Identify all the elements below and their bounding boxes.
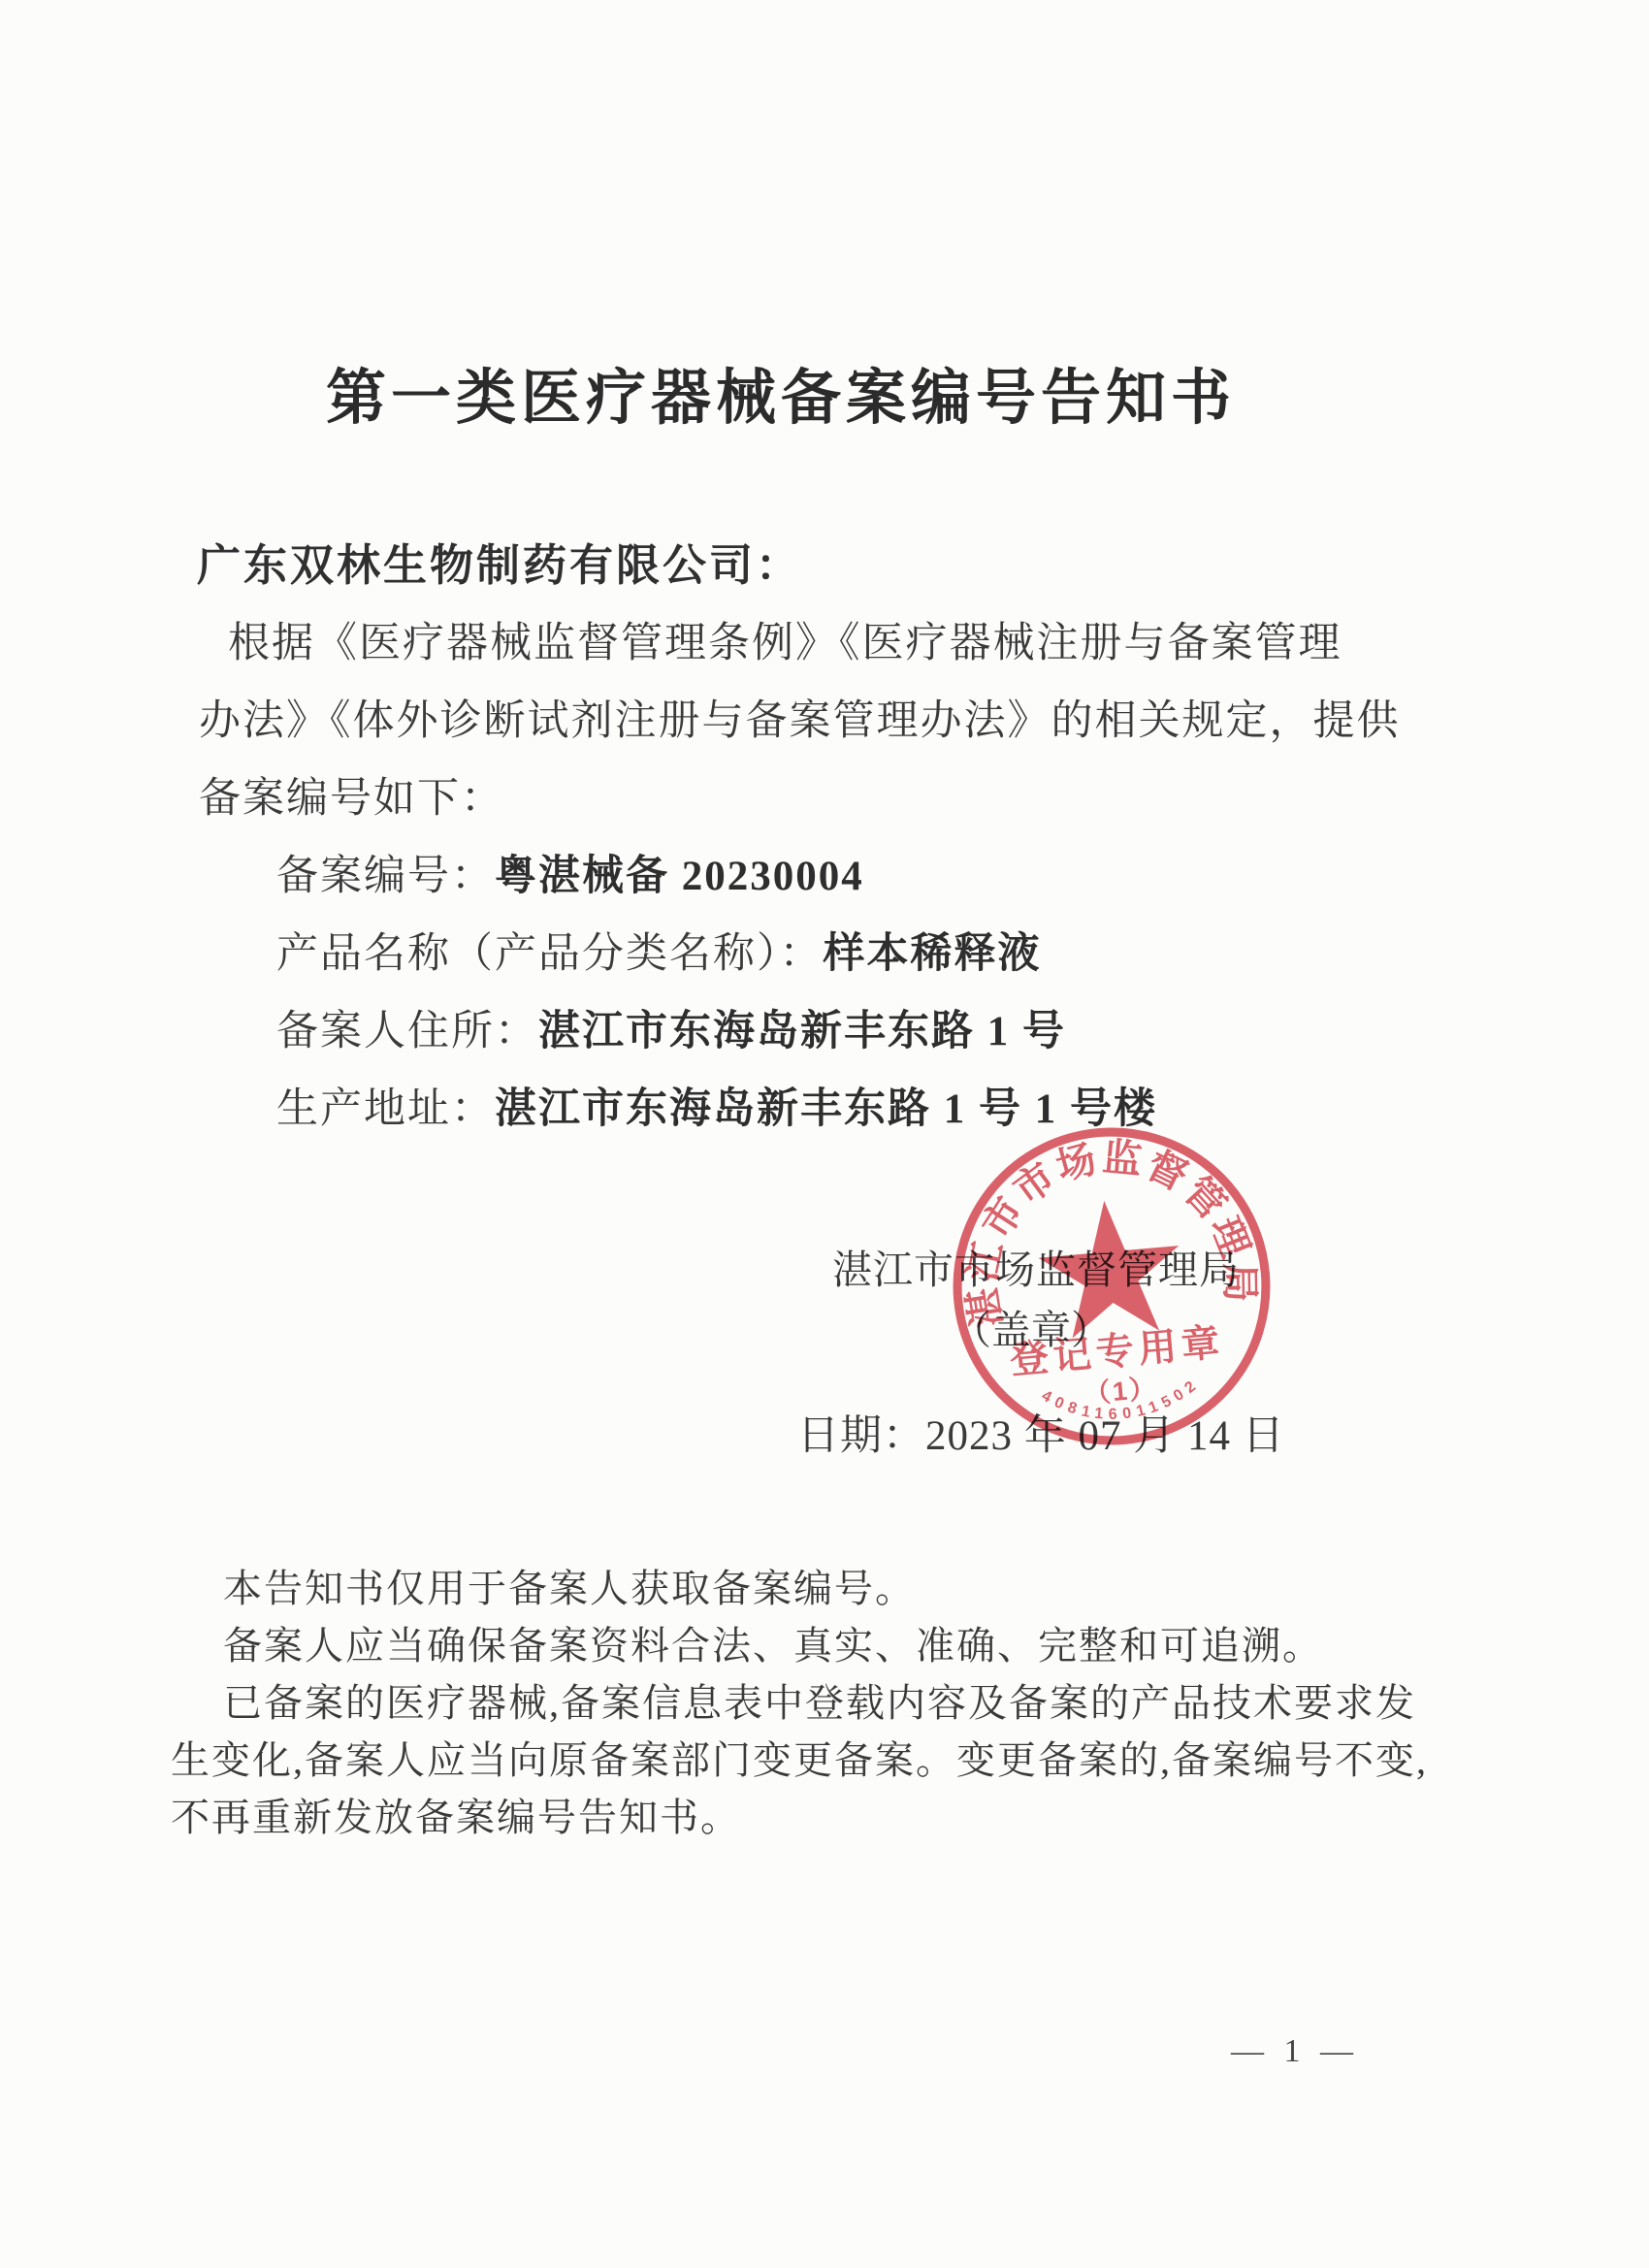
note-line: 已备案的医疗器械,备案信息表中登载内容及备案的产品技术要求发 [171, 1674, 1461, 1732]
body-paragraph: 根据《医疗器械监督管理条例》《医疗器械注册与备案管理 办法》《体外诊断试剂注册与… [199, 605, 1450, 1149]
document-page: 第一类医疗器械备案编号告知书 广东双林生物制药有限公司： 根据《医疗器械监督管理… [0, 0, 1649, 2268]
field-row-filing-number: 备案编号：粤湛械备 20230004 [199, 838, 1450, 916]
note-line: 不再重新发放备案编号告知书。 [171, 1789, 1461, 1846]
field-label: 备案人住所： [276, 1009, 538, 1054]
page-number: — 1 — [1198, 2033, 1392, 2070]
field-value: 粤湛械备 20230004 [495, 854, 864, 899]
notes-paragraph: 本告知书仅用于备案人获取备案编号。 备案人应当确保备案资料合法、真实、准确、完整… [171, 1560, 1461, 1846]
field-value: 湛江市东海岛新丰东路 1 号 [538, 1009, 1066, 1054]
body-line: 办法》《体外诊断试剂注册与备案管理办法》的相关规定，提供 [199, 683, 1450, 761]
official-seal-stamp-icon: 湛江市市场监督管理局 登记专用章 （1） 408116011502 [932, 1107, 1292, 1467]
field-row-registrant-address: 备案人住所：湛江市东海岛新丰东路 1 号 [199, 993, 1450, 1071]
field-label: 备案编号： [276, 854, 495, 899]
field-label: 生产地址： [276, 1086, 495, 1132]
field-label: 产品名称（产品分类名称）： [276, 931, 824, 977]
seal-star-icon [1034, 1194, 1186, 1340]
body-line: 根据《医疗器械监督管理条例》《医疗器械注册与备案管理 [199, 605, 1450, 683]
note-line: 备案人应当确保备案资料合法、真实、准确、完整和可追溯。 [171, 1617, 1461, 1674]
addressee-company: 广东双林生物制药有限公司： [197, 530, 802, 593]
note-line: 生变化,备案人应当向原备案部门变更备案。变更备案的,备案编号不变, [171, 1732, 1461, 1789]
seal-center-text: 登记专用章 [1009, 1320, 1226, 1382]
field-value: 样本稀释液 [824, 931, 1042, 977]
document-title: 第一类医疗器械备案编号告知书 [0, 349, 1605, 436]
field-row-product-name: 产品名称（产品分类名称）：样本稀释液 [199, 916, 1450, 993]
body-line: 备案编号如下： [199, 761, 1450, 838]
note-line: 本告知书仅用于备案人获取备案编号。 [171, 1560, 1461, 1617]
